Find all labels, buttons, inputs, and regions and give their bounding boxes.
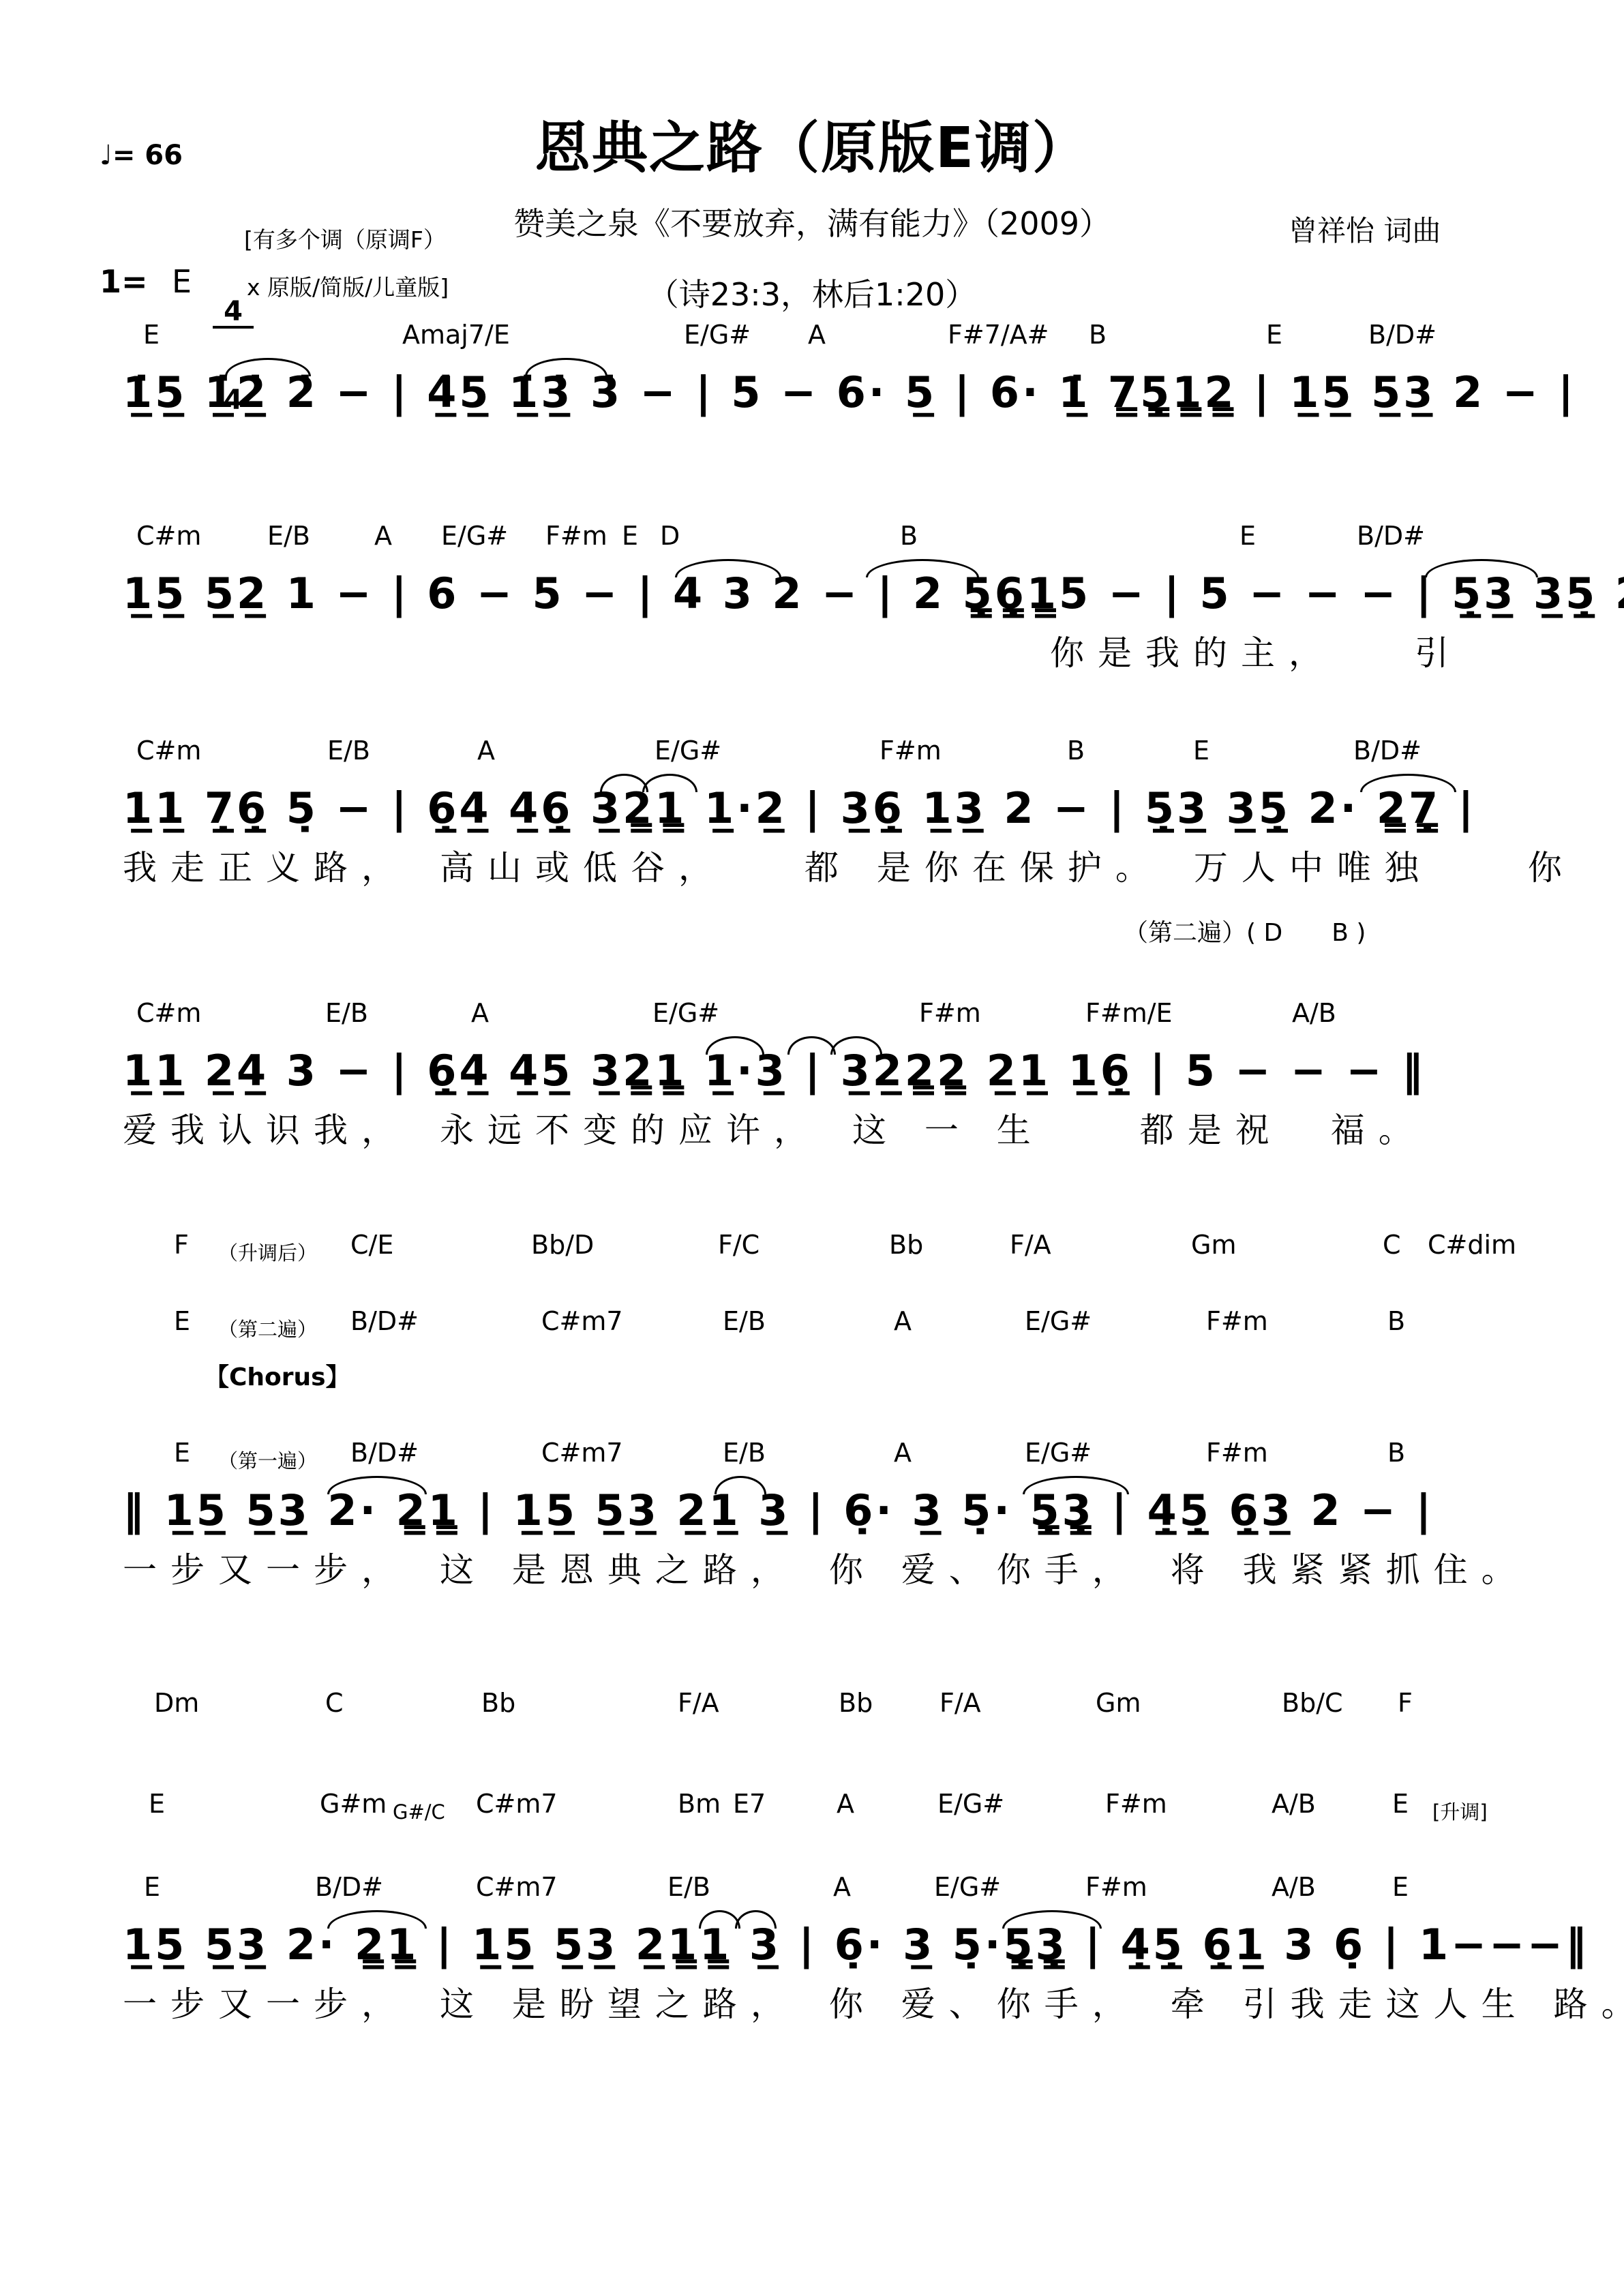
chord-label: A xyxy=(477,733,495,768)
chord-label: F/A xyxy=(678,1685,719,1721)
chord-row: C#mE/BAE/G#F#mF#m/EA/B xyxy=(123,995,1582,1031)
chord-label: E xyxy=(1193,733,1209,768)
chord-label: C#m7 xyxy=(476,1869,558,1905)
chord-label: Bb xyxy=(839,1685,873,1721)
slur-arc xyxy=(1023,1476,1129,1494)
chord-label: E/G# xyxy=(652,995,719,1031)
chord-label: B/D# xyxy=(350,1303,419,1339)
chord-row-second-time: E（第二遍）B/D#C#m7E/BAE/G#F#mB xyxy=(123,1303,1582,1339)
chord-label: （第一遍） xyxy=(218,1443,317,1479)
lyrics-line: 一步又一步， 这 是盼望之路， 你 爱、你手， 牵 引我走这人生 路。 xyxy=(123,1977,1582,2026)
chord-label: A xyxy=(837,1786,854,1822)
chord-label: Dm xyxy=(154,1685,199,1721)
slur-arc xyxy=(327,1910,427,1929)
chord-label: F xyxy=(1398,1685,1413,1721)
chord-label: A xyxy=(374,518,392,554)
chord-label: A xyxy=(894,1435,912,1470)
chord-label: F/A xyxy=(939,1685,981,1721)
chord-label: E/B xyxy=(667,1869,710,1905)
slur-arc xyxy=(699,1910,740,1929)
chord-label: G#m xyxy=(320,1786,387,1822)
chord-label: F/C xyxy=(718,1227,760,1263)
system-verse-2: C#mE/BAE/G#F#mF#m/EA/B 1̲1̲ 2̲4̲ 3 − | 6… xyxy=(123,995,1582,1152)
slur-arc xyxy=(1002,1910,1102,1929)
chord-label: [升调] xyxy=(1432,1794,1488,1830)
chord-label: F/A xyxy=(1010,1227,1051,1263)
chord-label: B/D# xyxy=(1357,518,1425,554)
chord-label: E xyxy=(622,518,638,554)
chord-label: E/B xyxy=(325,995,368,1031)
chord-label: C#m xyxy=(136,518,201,554)
slur-arc xyxy=(225,358,311,376)
chord-label: Gm xyxy=(1096,1685,1141,1721)
chord-label: E/G# xyxy=(684,317,751,352)
chord-label: A/B xyxy=(1292,995,1336,1031)
chord-label: B xyxy=(1387,1303,1405,1339)
chorus-section-label: 【Chorus】 xyxy=(205,1358,350,1393)
notes-line: 1̲̇5̲ 1̲̇2̲̇ 2̇ − | 4̲̇5̲ 1̲̇3̲̇ 3̇ − | … xyxy=(123,367,1582,418)
chord-label: F xyxy=(174,1227,189,1263)
chord-label: D xyxy=(660,518,680,554)
chord-label: A xyxy=(833,1869,851,1905)
chord-label: C#m xyxy=(136,733,201,768)
notes-line: 1̲1̲ 2̲4̲ 3 − | 6̣̲4̲ 4̲5̲ 3̲2̳1̳ 1̲·3̲ … xyxy=(123,1046,1582,1096)
chord-label: Bb/D xyxy=(531,1227,594,1263)
chord-label: A xyxy=(471,995,489,1031)
slur-arc xyxy=(675,559,781,577)
chord-label: C#m xyxy=(136,995,201,1031)
chord-label: F#m xyxy=(1206,1303,1268,1339)
chord-label: E xyxy=(174,1303,190,1339)
chord-row: EB/D#C#m7E/BAE/G#F#mA/BE xyxy=(123,1869,1582,1905)
lyrics-line: 我走正义路， 高山或低谷， 都 是你在保护。 万人中唯独 你 xyxy=(123,841,1582,890)
chord-label: E/G# xyxy=(934,1869,1001,1905)
chord-label: Gm xyxy=(1191,1227,1236,1263)
chord-label: Bb xyxy=(889,1227,923,1263)
slur-arc xyxy=(706,1036,764,1055)
composer-credit: 曾祥怡 词曲 xyxy=(1289,209,1441,250)
slur-arc xyxy=(715,1476,766,1494)
chord-label: Bb xyxy=(481,1685,515,1721)
chord-label: E xyxy=(1392,1869,1409,1905)
slur-arc xyxy=(787,1036,836,1055)
notes-line: 1̲5̲ 5̲3̲ 2· 2̳1̳ | 1̲5̲ 5̲3̲ 2̲1̳1̳ 3̲ … xyxy=(123,1920,1582,1970)
chord-label: E xyxy=(143,317,160,352)
chord-label: B/D# xyxy=(1353,733,1422,768)
chord-label: C#dim xyxy=(1428,1227,1516,1263)
chord-label: F#m/E xyxy=(1085,995,1173,1031)
slur-arc xyxy=(866,559,979,577)
chord-label: C/E xyxy=(350,1227,393,1263)
chord-label: E xyxy=(1239,518,1256,554)
system-chorus-2: EB/D#C#m7E/BAE/G#F#mA/BE 1̲5̲ 5̲3̲ 2· 2̳… xyxy=(123,1869,1582,2026)
notes-line: 1̲1̲ 7̣̲6̣̲ 5̣ − | 6̣̲4̲ 4̲6̣̲ 3̲2̳1̳ 1̲… xyxy=(123,783,1582,834)
chord-label: F#m xyxy=(1105,1786,1167,1822)
chord-label: E/B xyxy=(723,1435,766,1470)
chord-label: E/B xyxy=(327,733,370,768)
chord-label: B xyxy=(1387,1435,1405,1470)
chord-label: A/B xyxy=(1272,1786,1316,1822)
chord-label: F#7/A# xyxy=(948,317,1049,352)
chord-row: E（第一遍）B/D#C#m7E/BAE/G#F#mB xyxy=(123,1435,1582,1470)
lyrics-line: 一步又一步， 这 是恩典之路， 你 爱、你手， 将 我紧紧抓住。 xyxy=(123,1543,1582,1592)
chord-row: EAmaj7/EE/G#AF#7/A#BEB/D# xyxy=(123,317,1582,352)
chord-label: A/B xyxy=(1272,1869,1316,1905)
chord-label: E/G# xyxy=(1025,1303,1092,1339)
chord-label: E/B xyxy=(267,518,310,554)
chord-label: C#m7 xyxy=(476,1786,558,1822)
slur-arc xyxy=(1360,774,1456,792)
notes-line: ‖ 1̲5̲ 5̲3̲ 2· 2̳1̳ | 1̲5̲ 5̲3̲ 2̲1̲ 3̲ … xyxy=(123,1485,1582,1536)
chord-label: Bb/C xyxy=(1282,1685,1343,1721)
slur-arc xyxy=(327,1476,427,1494)
chord-label: B/D# xyxy=(350,1435,419,1470)
chord-row: F（升调后）C/EBb/DF/CBbF/AGmCC#dim xyxy=(123,1227,1582,1263)
slur-arc xyxy=(830,1036,882,1055)
chord-label: F#m xyxy=(879,733,942,768)
chord-row: E（第二遍）B/D#C#m7E/BAE/G#F#mB xyxy=(123,1303,1582,1339)
chord-row: C#mE/BAE/G#F#mEDBEB/D# xyxy=(123,518,1582,554)
chord-label: E/G# xyxy=(441,518,508,554)
chord-label: E xyxy=(1392,1786,1409,1822)
slur-arc xyxy=(525,358,607,376)
chord-label: G#/C xyxy=(393,1794,445,1830)
song-title: 恩典之路（原版E调） xyxy=(0,104,1624,183)
slur-arc xyxy=(600,774,648,792)
chord-label: F#m xyxy=(1085,1869,1147,1905)
chord-label: F#m xyxy=(919,995,981,1031)
chord-row: EG#mG#/CC#m7BmE7AE/G#F#mA/BE[升调] xyxy=(123,1786,1582,1822)
chord-label: Bm xyxy=(678,1786,721,1822)
alt-keys-note-1: [有多个调（原调F） xyxy=(244,222,446,254)
second-time-annotation: （第二遍）( D B ) xyxy=(1124,913,1366,948)
system-verse-1: C#mE/BAE/G#F#mBEB/D# 1̲1̲ 7̣̲6̣̲ 5̣ − | … xyxy=(123,733,1582,890)
chord-label: E xyxy=(144,1869,160,1905)
chord-label: C xyxy=(325,1685,344,1721)
chord-label: C#m7 xyxy=(541,1435,623,1470)
notes-line: 1̲5̲ 5̲2̲ 1 − | 6 − 5 − | 4 3 2 − | 2 5̣… xyxy=(123,569,1582,619)
chord-row: DmCBbF/ABbF/AGmBb/CF xyxy=(123,1685,1582,1721)
chord-label: B xyxy=(900,518,918,554)
scripture-reference: （诗23:3，林后1:20） xyxy=(0,270,1624,315)
chord-label: E xyxy=(174,1435,190,1470)
chord-label: F#m xyxy=(545,518,607,554)
chord-label: B/D# xyxy=(315,1869,383,1905)
chord-row-modulation: EG#mG#/CC#m7BmE7AE/G#F#mA/BE[升调] xyxy=(123,1786,1582,1822)
chord-label: E/G# xyxy=(937,1786,1004,1822)
chord-label: B xyxy=(1067,733,1085,768)
chord-row-f-chorus: DmCBbF/ABbF/AGmBb/CF xyxy=(123,1685,1582,1721)
chord-label: （升调后） xyxy=(218,1235,317,1271)
system-chorus-1: E（第一遍）B/D#C#m7E/BAE/G#F#mB ‖ 1̲5̲ 5̲3̲ 2… xyxy=(123,1435,1582,1592)
chord-label: （第二遍） xyxy=(218,1312,317,1347)
slur-arc xyxy=(642,774,697,792)
chord-label: F#m xyxy=(1206,1435,1268,1470)
chord-label: E/G# xyxy=(655,733,721,768)
chord-label: C#m7 xyxy=(541,1303,623,1339)
sheet-music-page: ♩= 66 恩典之路（原版E调） 赞美之泉《不要放弃，满有能力》（2009） 曾… xyxy=(0,0,1624,2296)
chord-label: E7 xyxy=(733,1786,766,1822)
system-intro-2: C#mE/BAE/G#F#mEDBEB/D# 1̲5̲ 5̲2̲ 1 − | 6… xyxy=(123,518,1582,675)
chord-label: C xyxy=(1383,1227,1401,1263)
chord-label: E/G# xyxy=(1025,1435,1092,1470)
chord-label: B xyxy=(1089,317,1107,352)
slur-arc xyxy=(735,1910,777,1929)
chord-label: B/D# xyxy=(1368,317,1437,352)
chord-label: E xyxy=(1266,317,1282,352)
chord-label: E/B xyxy=(723,1303,766,1339)
lyrics-line: 你是我的主， 引 xyxy=(123,626,1582,675)
slur-arc xyxy=(1425,559,1538,577)
chord-label: A xyxy=(808,317,826,352)
chord-row: C#mE/BAE/G#F#mBEB/D# xyxy=(123,733,1582,768)
chord-label: A xyxy=(894,1303,912,1339)
chord-label: Amaj7/E xyxy=(402,317,510,352)
lyrics-line: 爱我认识我， 永远不变的应许， 这 一 生 都是祝 福。 xyxy=(123,1103,1582,1152)
system-intro-1: EAmaj7/EE/G#AF#7/A#BEB/D# 1̲̇5̲ 1̲̇2̲̇ 2… xyxy=(123,317,1582,418)
chord-label: E xyxy=(149,1786,165,1822)
chord-row-f-key: F（升调后）C/EBb/DF/CBbF/AGmCC#dim xyxy=(123,1227,1582,1263)
